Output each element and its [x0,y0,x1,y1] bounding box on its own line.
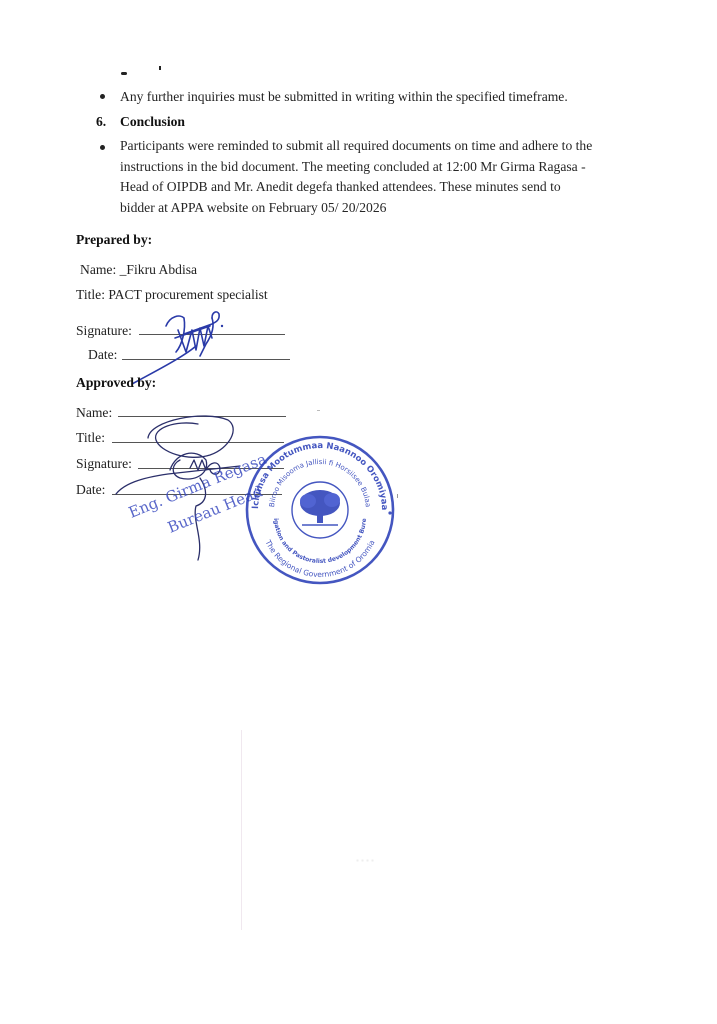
scan-mark [397,494,398,498]
document-page: Any further inquiries must be submitted … [0,0,717,1024]
official-stamp-icon: Bulchiinsa Mootummaa Naannoo Oromiyaatti… [240,435,400,585]
scan-artifact-line [241,730,242,930]
scan-mark [317,410,320,411]
scan-artifact-dots [355,858,375,864]
